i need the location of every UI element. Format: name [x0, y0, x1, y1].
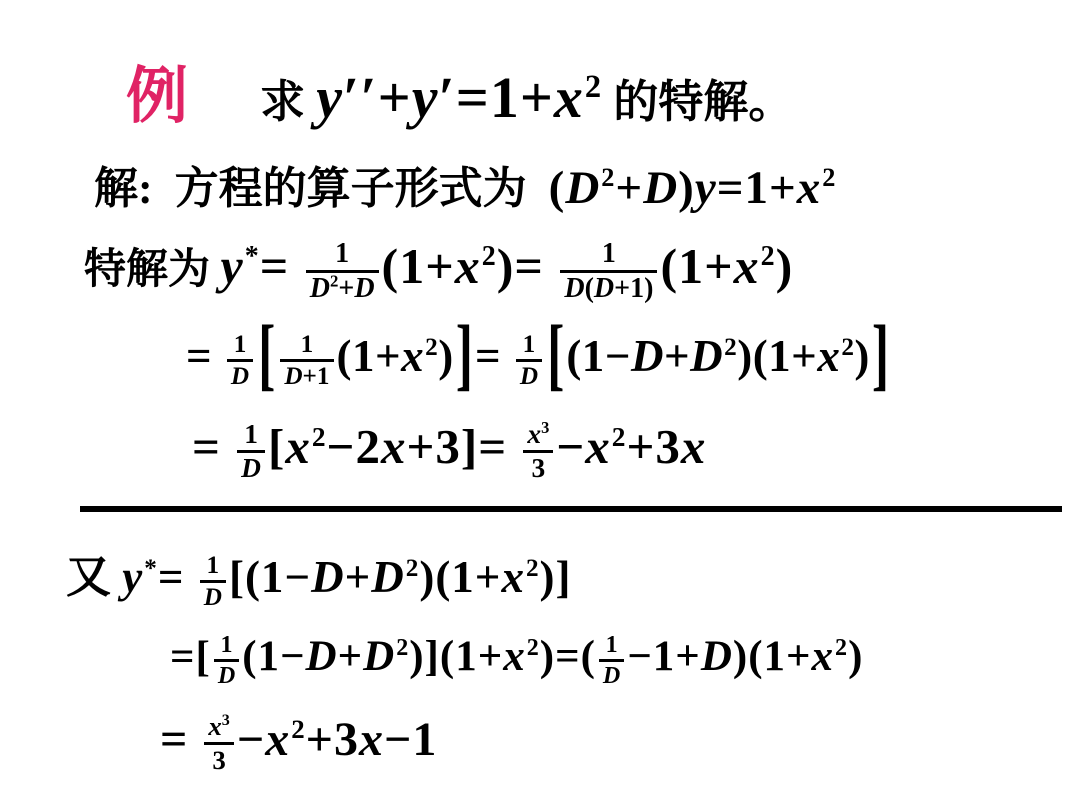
- fraction: 1D: [516, 331, 542, 390]
- math-expression: =: [160, 713, 201, 766]
- fraction-numerator: x3: [523, 420, 553, 451]
- math-expression: y*=: [122, 552, 196, 602]
- distribute-line: =[1D(1−D+D2)](1+x2)=(1D−1+D)(1+x2): [170, 632, 863, 689]
- math-expression: (1−D+D2)(1+x2): [566, 331, 870, 381]
- big-bracket: ]: [872, 309, 889, 400]
- math-expression: −x2+3x: [556, 419, 706, 474]
- fraction: 1D: [200, 552, 226, 611]
- title-line: 例求 y′′+y′=1+x2 的特解。: [126, 46, 793, 135]
- operator-form-line: 解: 方程的算子形式为 (D2+D)y=1+x2: [94, 152, 836, 216]
- fraction: 1D: [599, 632, 624, 689]
- result-line: = x33−x2+3x−1: [160, 712, 437, 776]
- fraction-denominator: D: [214, 659, 239, 689]
- integrate-line: = 1D[x2−2x+3]= x33−x2+3x: [192, 418, 706, 484]
- fraction-denominator: 3: [523, 450, 553, 484]
- fraction-numerator: 1: [306, 239, 379, 270]
- fraction: 1D+1: [280, 331, 333, 390]
- fraction-denominator: D2+D: [306, 270, 379, 304]
- fraction: 1D: [214, 632, 239, 689]
- fraction-numerator: 1: [516, 331, 542, 359]
- chinese-text: 解: 方程的算子形式为: [94, 164, 549, 213]
- fraction-denominator: D: [200, 580, 226, 611]
- fraction-denominator: D: [599, 659, 624, 689]
- expand-line: = 1D[1D+1(1+x2)]= 1D[(1−D+D2)(1+x2)]: [186, 328, 891, 390]
- fraction-denominator: D: [237, 450, 265, 484]
- divider-line: [80, 506, 1062, 512]
- fraction: 1D: [237, 420, 265, 484]
- fraction-numerator: 1: [227, 331, 253, 359]
- fraction-numerator: 1: [560, 239, 657, 270]
- fraction: 1D: [227, 331, 253, 390]
- math-expression: (1+x2)=: [382, 238, 558, 294]
- math-expression: [(1−D+D2)(1+x2)]: [229, 552, 572, 602]
- big-bracket: [: [258, 309, 275, 400]
- fraction-numerator: x3: [204, 712, 234, 742]
- fraction-denominator: D+1: [280, 359, 333, 390]
- math-expression: =: [192, 419, 234, 474]
- fraction-numerator: 1: [214, 632, 239, 659]
- big-bracket: ]: [456, 309, 473, 400]
- example-label: 例: [126, 63, 188, 131]
- math-expression: =[: [170, 633, 211, 680]
- particular-solution-line: 特解为 y*= 1D2+D(1+x2)= 1D(D+1)(1+x2): [84, 236, 793, 304]
- fraction-numerator: 1: [599, 632, 624, 659]
- fraction-denominator: 3: [204, 742, 234, 775]
- fraction-denominator: D(D+1): [560, 270, 657, 304]
- math-expression: =: [186, 331, 224, 381]
- chinese-text: 求: [260, 77, 316, 127]
- lecture-slide: 例求 y′′+y′=1+x2 的特解。解: 方程的算子形式为 (D2+D)y=1…: [0, 0, 1080, 810]
- alternative-line: 又 y*= 1D[(1−D+D2)(1+x2)]: [66, 540, 572, 611]
- math-expression: y*=: [221, 238, 303, 294]
- fraction-numerator: 1: [280, 331, 333, 359]
- fraction-denominator: D: [227, 359, 253, 390]
- math-expression: (1+x2): [337, 331, 454, 381]
- fraction: 1D2+D: [306, 239, 379, 304]
- big-bracket: [: [547, 309, 564, 400]
- math-expression: [x2−2x+3]=: [268, 419, 520, 474]
- math-expression: −x2+3x−1: [237, 713, 438, 766]
- fraction: x33: [523, 420, 553, 484]
- fraction-denominator: D: [516, 359, 542, 390]
- math-expression: y′′+y′=1+x2: [316, 65, 602, 130]
- chinese-text: 特解为: [84, 247, 221, 293]
- math-expression: (1+x2): [660, 238, 793, 294]
- math-expression: (1−D+D2)](1+x2)=(: [242, 633, 596, 680]
- math-expression: (D2+D)y=1+x2: [549, 162, 837, 214]
- chinese-text: 的特解。: [602, 77, 793, 127]
- math-expression: =: [475, 331, 513, 381]
- fraction-numerator: 1: [237, 420, 265, 451]
- fraction: x33: [204, 712, 234, 775]
- fraction-numerator: 1: [200, 552, 226, 580]
- fraction: 1D(D+1): [560, 239, 657, 304]
- math-expression: −1+D)(1+x2): [627, 633, 863, 680]
- chinese-text: 又: [66, 552, 122, 602]
